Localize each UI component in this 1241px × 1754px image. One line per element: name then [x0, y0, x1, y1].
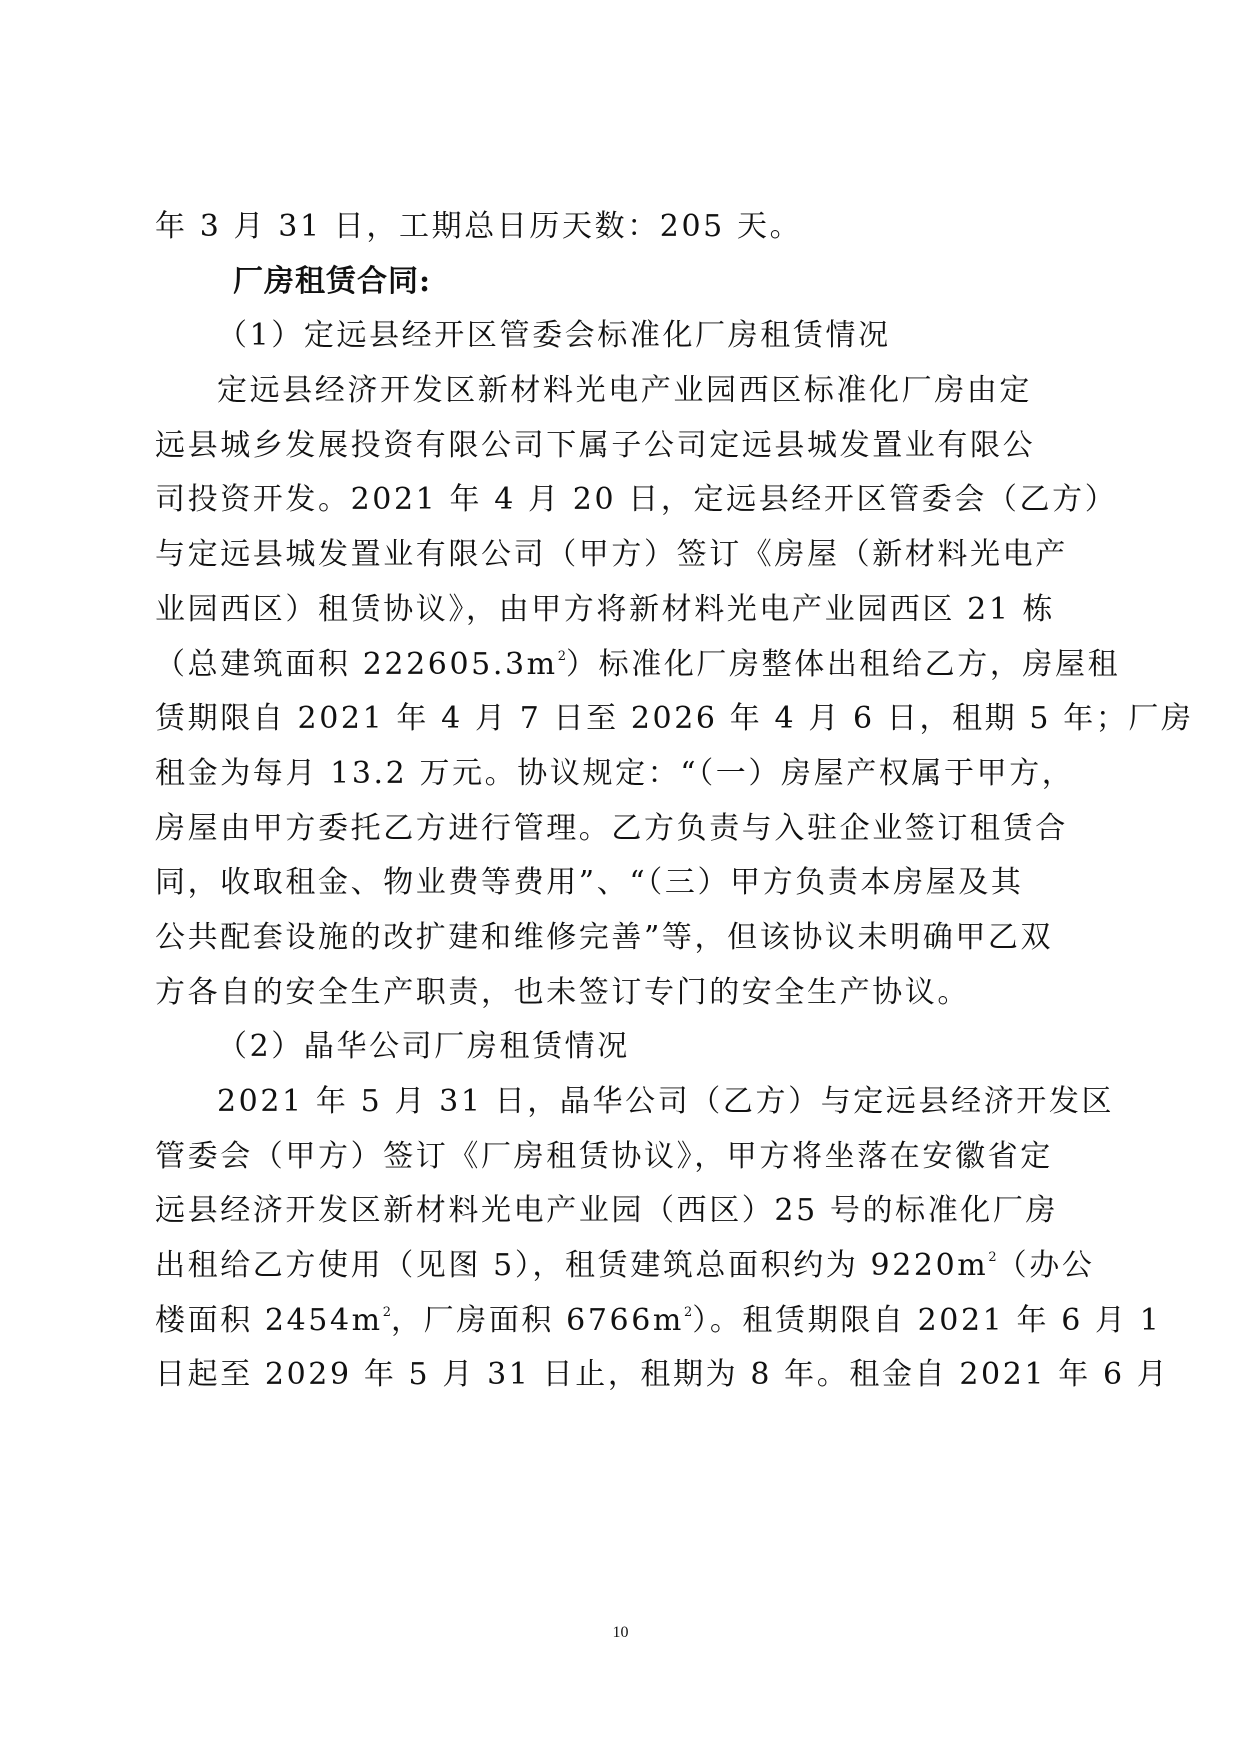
paragraph-line: 租金为每月 13.2 万元。协议规定：“（一）房屋产权属于甲方，	[155, 747, 1075, 802]
paragraph-line: 远县城乡发展投资有限公司下属子公司定远县城发置业有限公	[155, 419, 1075, 474]
subsection-heading: （2）晶华公司厂房租赁情况	[155, 1020, 1075, 1075]
page-number: 10	[0, 1624, 1241, 1642]
superscript: 2	[988, 1250, 996, 1265]
superscript: 2	[558, 649, 566, 664]
paragraph-line: 日起至 2029 年 5 月 31 日止，租期为 8 年。租金自 2021 年 …	[155, 1348, 1075, 1403]
text-line: 年 3 月 31 日，工期总日历天数：205 天。	[155, 200, 1075, 255]
paragraph-line: 同，收取租金、物业费等费用”、“（三）甲方负责本房屋及其	[155, 856, 1075, 911]
superscript: 2	[684, 1305, 692, 1320]
text-segment: ）标准化厂房整体出租给乙方，房屋租	[566, 647, 1120, 682]
paragraph-line: 与定远县城发置业有限公司（甲方）签订《房屋（新材料光电产	[155, 528, 1075, 583]
text-segment: （办公	[997, 1248, 1095, 1283]
paragraph-line: 司投资开发。2021 年 4 月 20 日，定远县经开区管委会（乙方）	[155, 473, 1075, 528]
paragraph-line: 赁期限自 2021 年 4 月 7 日至 2026 年 4 月 6 日，租期 5…	[155, 692, 1075, 747]
paragraph-line: 2021 年 5 月 31 日，晶华公司（乙方）与定远县经济开发区	[155, 1075, 1075, 1130]
text-segment: 楼面积 2454m	[155, 1303, 383, 1338]
text-segment: ）。租赁期限自 2021 年 6 月 1	[692, 1303, 1161, 1338]
paragraph-line: 公共配套设施的改扩建和维修完善”等，但该协议未明确甲乙双	[155, 911, 1075, 966]
paragraph-line: 楼面积 2454m2，厂房面积 6766m2）。租赁期限自 2021 年 6 月…	[155, 1294, 1075, 1349]
text-segment: （总建筑面积 222605.3m	[155, 647, 558, 682]
paragraph-line: 出租给乙方使用（见图 5），租赁建筑总面积约为 9220m2（办公	[155, 1239, 1075, 1294]
section-heading: 厂房租赁合同:	[155, 255, 1075, 310]
paragraph-line: 管委会（甲方）签订《厂房租赁协议》，甲方将坐落在安徽省定	[155, 1130, 1075, 1185]
paragraph-line: 定远县经济开发区新材料光电产业园西区标准化厂房由定	[155, 364, 1075, 419]
text-segment: ，厂房面积 6766m	[391, 1303, 684, 1338]
paragraph-line: 业园西区）租赁协议》，由甲方将新材料光电产业园西区 21 栋	[155, 583, 1075, 638]
document-page: 年 3 月 31 日，工期总日历天数：205 天。 厂房租赁合同: （1）定远县…	[155, 200, 1075, 1403]
subsection-heading: （1）定远县经开区管委会标准化厂房租赁情况	[155, 309, 1075, 364]
paragraph-line: 方各自的安全生产职责，也未签订专门的安全生产协议。	[155, 966, 1075, 1021]
superscript: 2	[383, 1305, 391, 1320]
paragraph-line: 远县经济开发区新材料光电产业园（西区）25 号的标准化厂房	[155, 1184, 1075, 1239]
text-segment: 出租给乙方使用（见图 5），租赁建筑总面积约为 9220m	[155, 1248, 988, 1283]
paragraph-line: （总建筑面积 222605.3m2）标准化厂房整体出租给乙方，房屋租	[155, 638, 1075, 693]
paragraph-line: 房屋由甲方委托乙方进行管理。乙方负责与入驻企业签订租赁合	[155, 802, 1075, 857]
